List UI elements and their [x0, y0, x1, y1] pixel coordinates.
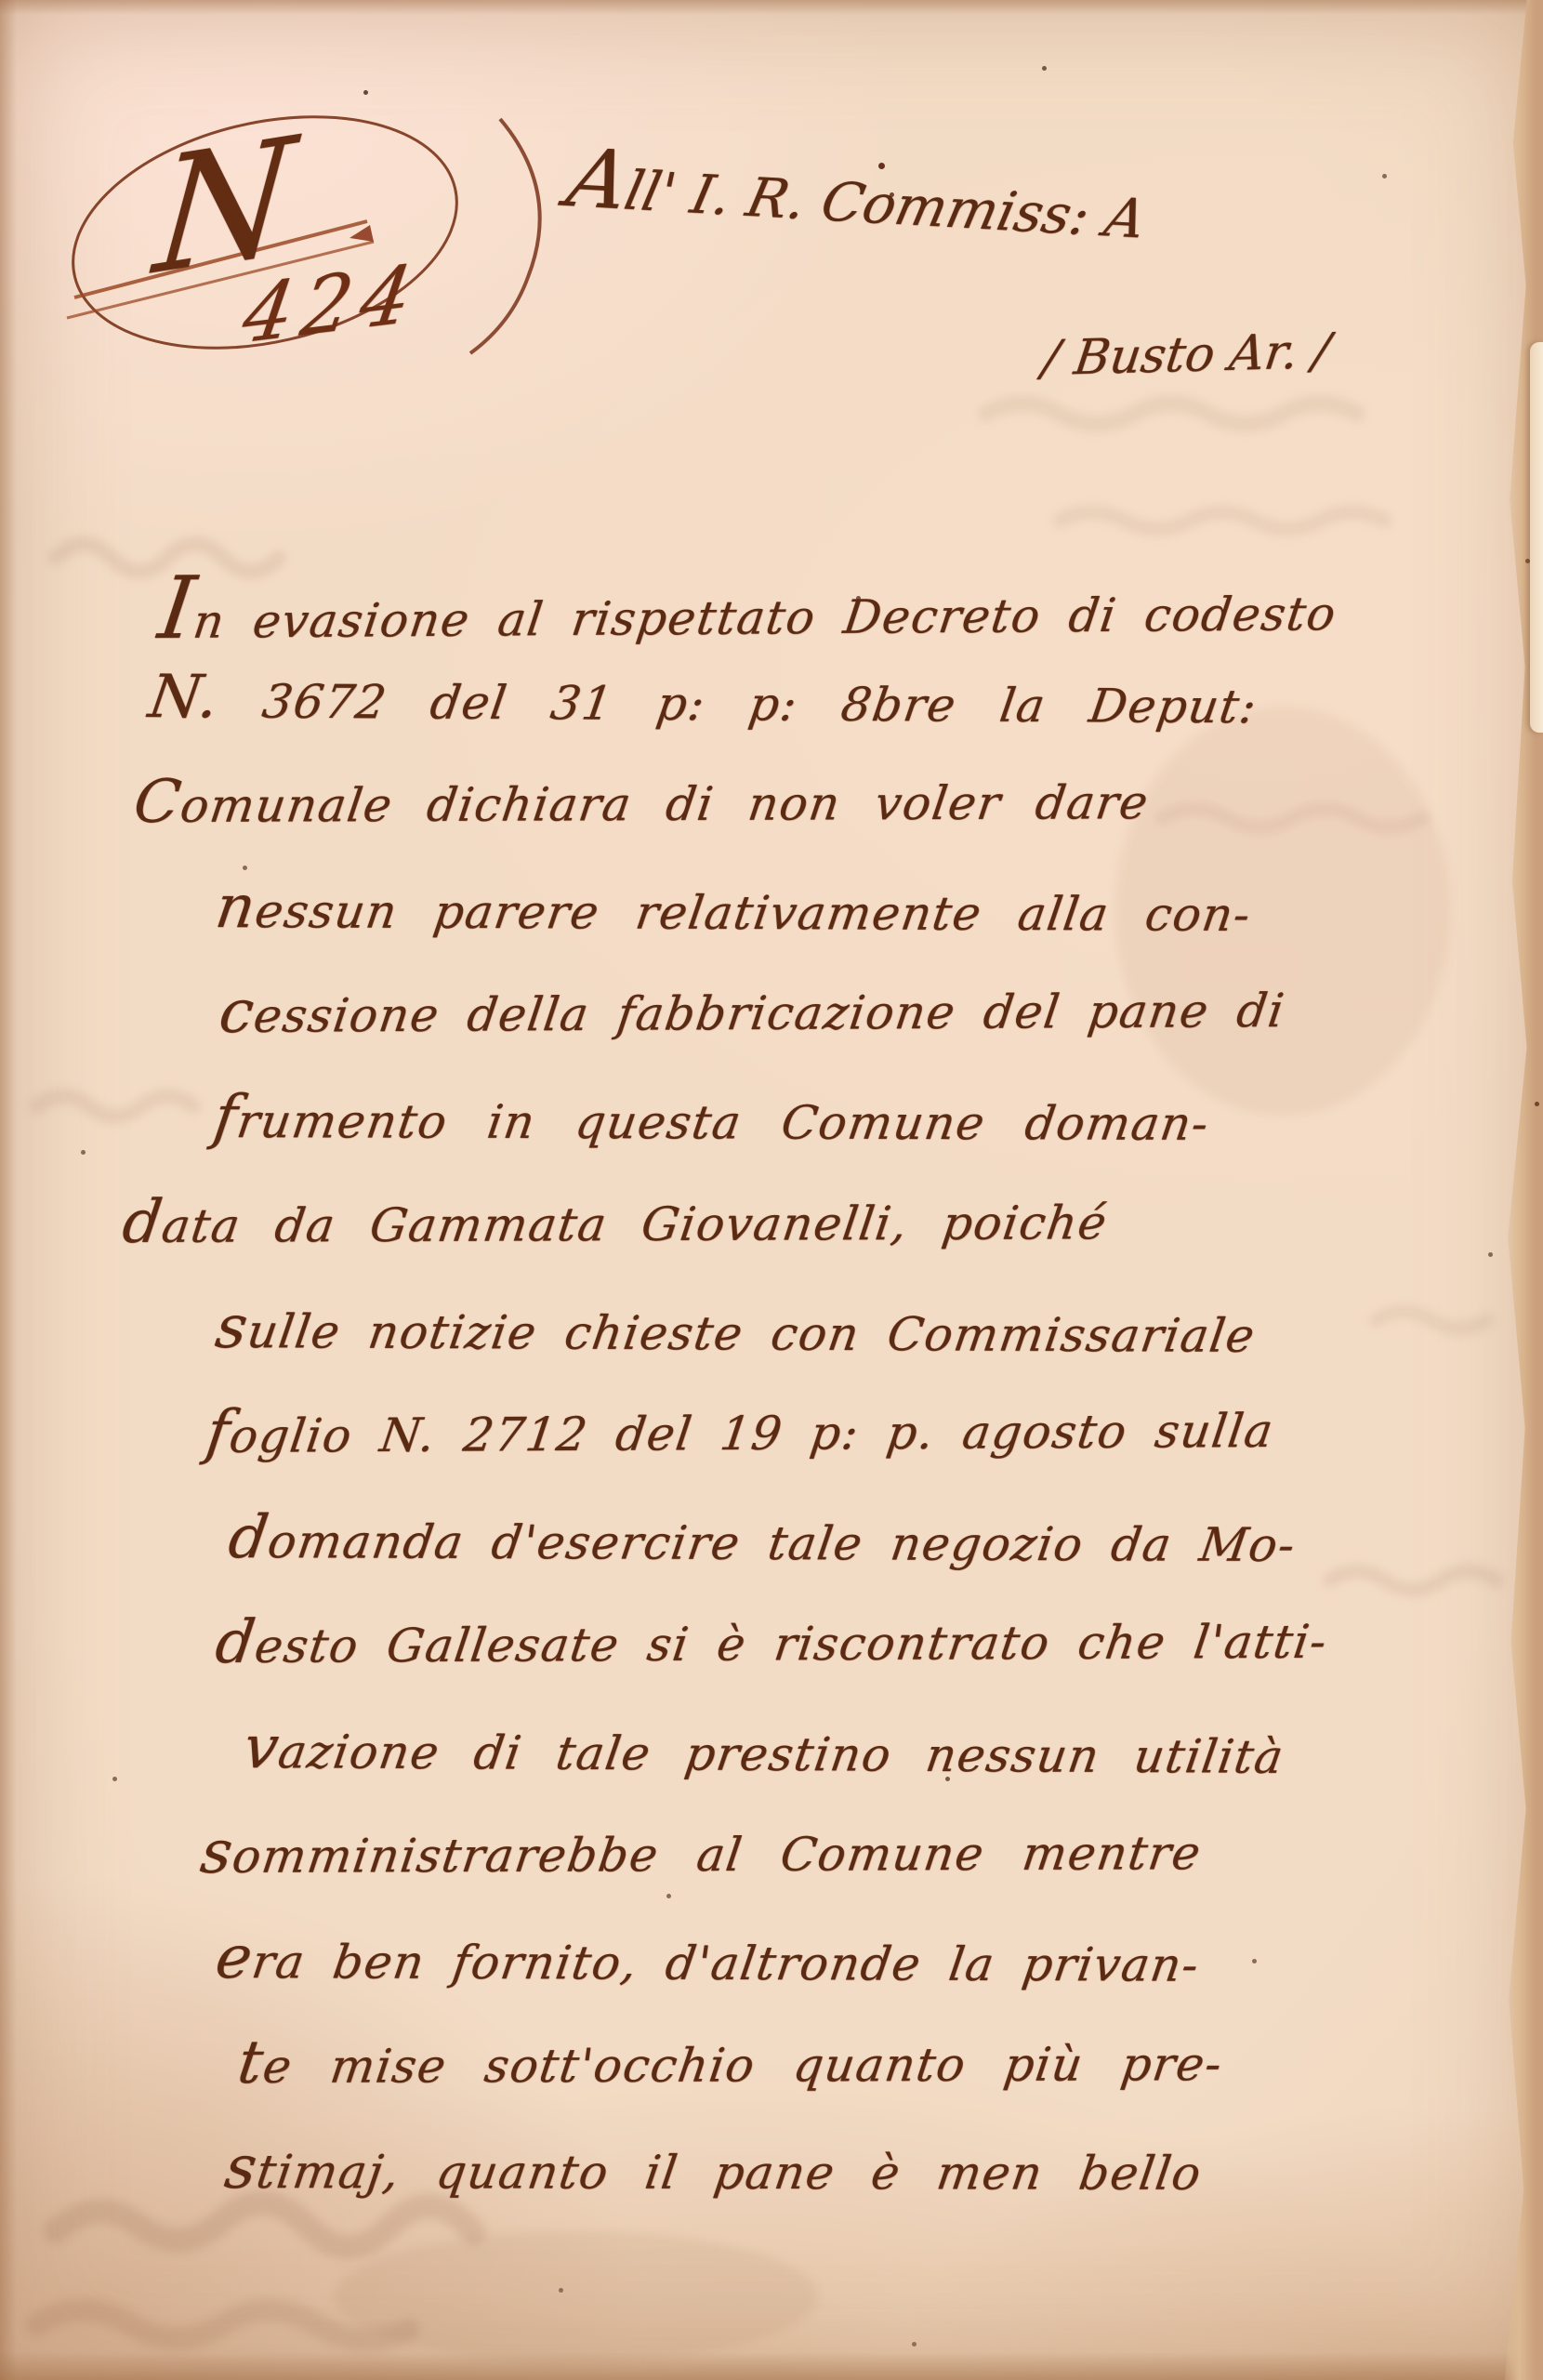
handwritten-line: stimaj, quanto il pane è men bello	[216, 2134, 1515, 2241]
flourish-stroke	[470, 119, 540, 353]
paper-edge-left	[0, 0, 17, 2380]
registry-number: 424	[238, 253, 427, 355]
handwritten-line: desto Gallesate si è riscontrato che l'a…	[206, 1603, 1514, 1713]
handwritten-line: era ben fornito, d'altronde la privan-	[206, 1924, 1515, 2033]
paper-edge-top	[0, 0, 1543, 15]
handwritten-line: te mise sott'occhio quanto più pre-	[229, 2025, 1515, 2134]
handwritten-line: domanda d'esercire tale negozio da Mo-	[219, 1503, 1515, 1613]
handwritten-line: vazione di tale prestino nessun utilità	[234, 1713, 1515, 1825]
handwritten-line: frumento in questa Comune doman-	[204, 1083, 1515, 1192]
handwritten-line: data da Gammata Giovanelli, poiché	[113, 1183, 1514, 1293]
registry-mark: N 424	[46, 74, 586, 400]
handwritten-line: In evasione al rispettato Decreto di cod…	[152, 549, 1514, 663]
paper-tear-highlight	[1530, 342, 1543, 733]
paper-edge-bottom	[0, 2352, 1543, 2380]
handwritten-line: Comunale dichiara di non voler dare	[125, 763, 1514, 873]
letter-body: In evasione al rispettato Decreto di cod…	[132, 558, 1508, 2239]
handwritten-line: foglio N. 2712 del 19 p: p. agosto sulla	[197, 1392, 1514, 1503]
handwritten-line: nessun parere relativamente alla con-	[206, 873, 1515, 983]
bleedthrough-smudge	[985, 403, 1357, 424]
flourish-arrowhead	[349, 225, 374, 242]
ink-specks	[0, 0, 3, 3]
handwritten-line: sulle notizie chieste con Commissariale	[206, 1293, 1515, 1404]
header-place: / Busto Ar. /	[1039, 324, 1333, 387]
letter-page: N 424 All' I. R. Commiss: A / Busto Ar. …	[0, 0, 1543, 2380]
handwritten-line: cessione della fabbricazione del pane di	[210, 972, 1514, 1083]
handwritten-line: N. 3672 del 31 p: p: 8bre la Deput:	[139, 663, 1515, 775]
bleedthrough-stain	[335, 2231, 818, 2361]
bleedthrough-smudge	[1060, 512, 1385, 529]
bleedthrough-smudge	[37, 2310, 409, 2340]
handwritten-line: somministrarebbe al Comune mentre	[191, 1814, 1514, 1924]
header-recipient: All' I. R. Commiss: A	[560, 131, 1508, 277]
